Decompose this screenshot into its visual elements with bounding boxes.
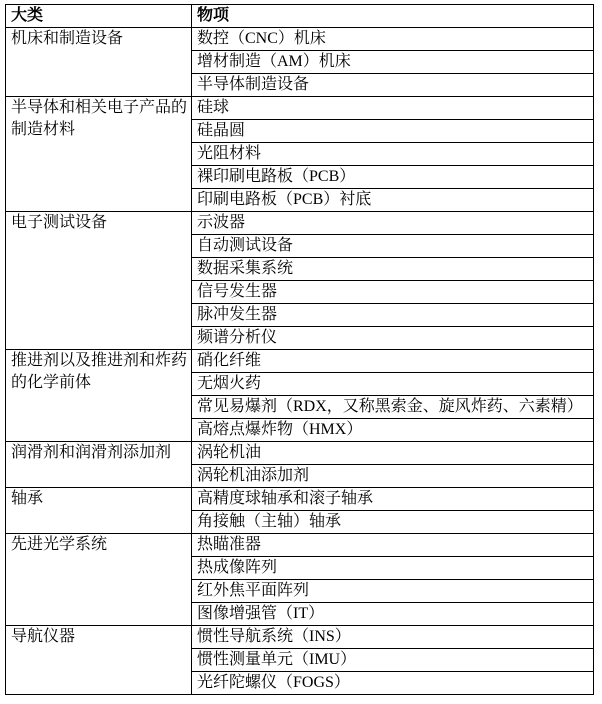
table-row: 轴承高精度球轴承和滚子轴承 bbox=[6, 488, 594, 511]
item-cell: 信号发生器 bbox=[192, 281, 594, 304]
category-cell: 机床和制造设备 bbox=[6, 28, 192, 97]
category-cell: 电子测试设备 bbox=[6, 212, 192, 350]
category-cell: 润滑剂和润滑剂添加剂 bbox=[6, 442, 192, 488]
item-cell: 增材制造（AM）机床 bbox=[192, 51, 594, 74]
item-cell: 高熔点爆炸物（HMX） bbox=[192, 419, 594, 442]
item-cell: 角接触（主轴）轴承 bbox=[192, 511, 594, 534]
document-page: 大类 物项 机床和制造设备数控（CNC）机床增材制造（AM）机床半导体制造设备半… bbox=[0, 0, 602, 695]
item-cell: 热成像阵列 bbox=[192, 557, 594, 580]
table-row: 润滑剂和润滑剂添加剂涡轮机油 bbox=[6, 442, 594, 465]
item-cell: 图像增强管（IT） bbox=[192, 603, 594, 626]
category-cell: 导航仪器 bbox=[6, 626, 192, 695]
category-cell: 轴承 bbox=[6, 488, 192, 534]
item-cell: 数据采集系统 bbox=[192, 258, 594, 281]
item-cell: 印刷电路板（PCB）衬底 bbox=[192, 189, 594, 212]
item-cell: 涡轮机油添加剂 bbox=[192, 465, 594, 488]
table-body: 机床和制造设备数控（CNC）机床增材制造（AM）机床半导体制造设备半导体和相关电… bbox=[6, 28, 594, 695]
table-row: 导航仪器惯性导航系统（INS） bbox=[6, 626, 594, 649]
table-row: 机床和制造设备数控（CNC）机床 bbox=[6, 28, 594, 51]
table-row: 先进光学系统热瞄准器 bbox=[6, 534, 594, 557]
category-cell: 先进光学系统 bbox=[6, 534, 192, 626]
item-cell: 硅球 bbox=[192, 97, 594, 120]
item-cell: 光阻材料 bbox=[192, 143, 594, 166]
item-cell: 硅晶圆 bbox=[192, 120, 594, 143]
item-cell: 裸印刷电路板（PCB） bbox=[192, 166, 594, 189]
item-cell: 光纤陀螺仪（FOGS） bbox=[192, 672, 594, 695]
item-cell: 脉冲发生器 bbox=[192, 304, 594, 327]
table-row: 半导体和相关电子产品的制造材料硅球 bbox=[6, 97, 594, 120]
item-cell: 半导体制造设备 bbox=[192, 74, 594, 97]
item-cell: 高精度球轴承和滚子轴承 bbox=[192, 488, 594, 511]
item-cell: 示波器 bbox=[192, 212, 594, 235]
item-cell: 惯性测量单元（IMU） bbox=[192, 649, 594, 672]
item-cell: 热瞄准器 bbox=[192, 534, 594, 557]
item-cell: 频谱分析仪 bbox=[192, 327, 594, 350]
table-header-row: 大类 物项 bbox=[6, 5, 594, 28]
item-cell: 惯性导航系统（INS） bbox=[192, 626, 594, 649]
item-cell: 无烟火药 bbox=[192, 373, 594, 396]
category-cell: 推进剂以及推进剂和炸药的化学前体 bbox=[6, 350, 192, 442]
header-cell-category: 大类 bbox=[6, 5, 192, 28]
table-row: 电子测试设备示波器 bbox=[6, 212, 594, 235]
controlled-items-table: 大类 物项 机床和制造设备数控（CNC）机床增材制造（AM）机床半导体制造设备半… bbox=[5, 4, 594, 695]
item-cell: 涡轮机油 bbox=[192, 442, 594, 465]
table-row: 推进剂以及推进剂和炸药的化学前体硝化纤维 bbox=[6, 350, 594, 373]
header-cell-item: 物项 bbox=[192, 5, 594, 28]
item-cell: 数控（CNC）机床 bbox=[192, 28, 594, 51]
item-cell: 硝化纤维 bbox=[192, 350, 594, 373]
item-cell: 常见易爆剂（RDX，又称黑索金、旋风炸药、六素精） bbox=[192, 396, 594, 419]
item-cell: 自动测试设备 bbox=[192, 235, 594, 258]
category-cell: 半导体和相关电子产品的制造材料 bbox=[6, 97, 192, 212]
item-cell: 红外焦平面阵列 bbox=[192, 580, 594, 603]
